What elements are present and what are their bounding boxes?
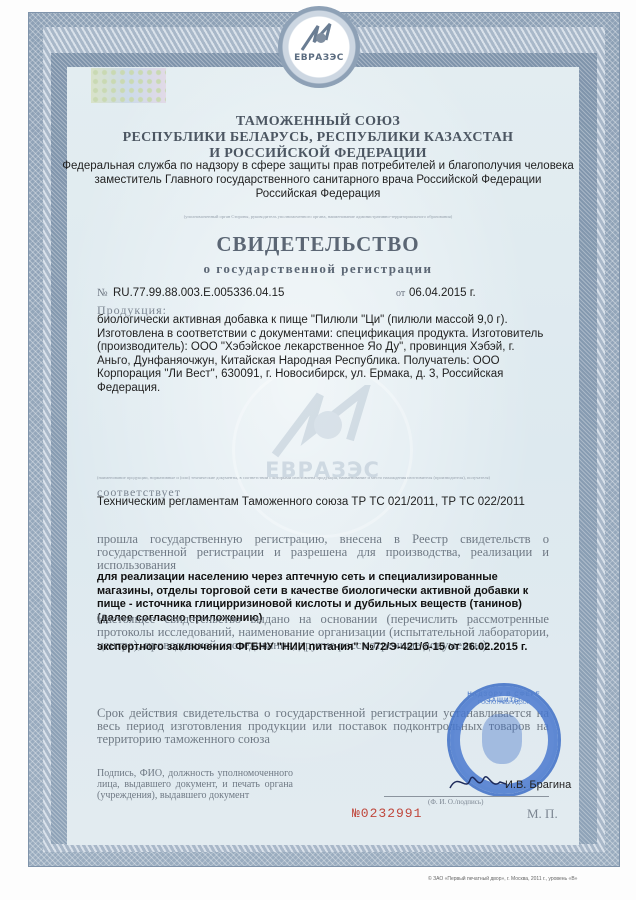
- authority-line2: заместитель Главного государственного са…: [0, 174, 636, 186]
- signatory-name: И.В. Брагина: [505, 779, 571, 791]
- authority-line1: Федеральная служба по надзору в сфере за…: [0, 160, 636, 172]
- emblem-brand: ЕВРАЗЭС: [278, 53, 360, 63]
- hologram-sticker: [91, 68, 166, 103]
- union-title-line2: РЕСПУБЛИКИ БЕЛАРУСЬ, РЕСПУБЛИКИ КАЗАХСТА…: [0, 130, 636, 146]
- number-label: №: [97, 287, 108, 299]
- certificate-subtitle: о государственной регистрации: [0, 261, 636, 277]
- signature-caption: Подпись, ФИО, должность уполномоченного …: [97, 768, 293, 801]
- eurasec-logo-icon: [300, 22, 338, 52]
- printer-footer: © ЗАО «Первый печатный двор», г. Москва,…: [428, 876, 577, 882]
- certificate-date: 06.04.2015 г.: [409, 287, 476, 299]
- date-label: от: [396, 288, 405, 299]
- registration-text: прошла государственную регистрацию, внес…: [97, 533, 549, 573]
- basis-documents: экспертного заключения ФГБНУ "НИИ питани…: [97, 641, 527, 655]
- double-headed-eagle-icon: [482, 714, 522, 764]
- form-number: №0232991: [352, 806, 422, 821]
- product-description: биологически активная добавка к пище "Пи…: [97, 314, 549, 396]
- seal-label: М. П.: [527, 806, 558, 822]
- handwritten-signature: [448, 770, 508, 795]
- union-title-line1: ТАМОЖЕННЫЙ СОЮЗ: [0, 114, 636, 130]
- signatory-caption: (Ф. И. О./подпись): [428, 798, 483, 806]
- stamp-text2: РОСПОТРЕБНАДЗОР: [450, 700, 558, 706]
- eurasec-emblem: ЕВРАЗЭС: [278, 6, 360, 88]
- certificate-number: RU.77.99.88.003.E.005336.04.15: [113, 287, 284, 299]
- watermark-logo-icon: [270, 385, 375, 460]
- conformity-text: Техническим регламентам Таможенного союз…: [97, 496, 525, 510]
- certificate-title: СВИДЕТЕЛЬСТВО: [0, 232, 636, 257]
- product-caption: (наименование продукции, нормативные и (…: [97, 475, 552, 480]
- authority-caption: (уполномоченный орган Стороны, руководит…: [0, 214, 636, 219]
- authority-line3: Российская Федерация: [0, 188, 636, 200]
- signature-line: [384, 796, 549, 797]
